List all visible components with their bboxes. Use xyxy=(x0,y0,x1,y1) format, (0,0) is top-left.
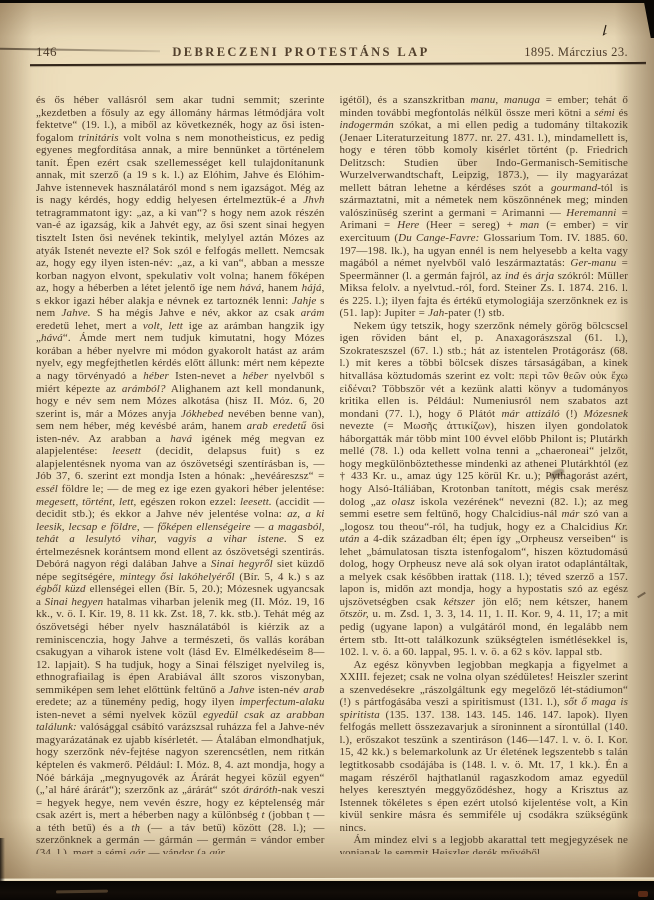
issue-date: 1895. Márczius 23. xyxy=(478,45,628,60)
paragraph: Nekem úgy tetszik, hogy szerzőnk némely … xyxy=(340,320,629,659)
paragraph: és ős héber vallásról sem akar tudni sem… xyxy=(36,94,325,854)
left-column: és ős héber vallásról sem akar tudni sem… xyxy=(36,94,325,854)
page-number: 146 xyxy=(36,44,124,60)
scan-black-band-top xyxy=(0,0,654,3)
page-header: 146 DEBRECZENI PROTESTÁNS LAP 1895. Márc… xyxy=(36,44,628,62)
right-column: igétől), és a szanszkritban manu, manuga… xyxy=(340,94,629,854)
text-columns: és ős héber vallásról sem akar tudni sem… xyxy=(36,94,628,854)
scan-speck xyxy=(638,891,648,897)
scan-speck xyxy=(56,890,108,894)
paragraph: Az egész könyvben legjobban megkapja a f… xyxy=(340,659,629,835)
journal-title: DEBRECZENI PROTESTÁNS LAP xyxy=(124,45,478,60)
scan-edge-shadow xyxy=(0,838,5,882)
scan-black-band-bottom xyxy=(0,881,654,900)
paragraph: igétől), és a szanszkritban manu, manuga… xyxy=(340,94,629,320)
paragraph: Ám mindez elvi s a legjobb akarattal tet… xyxy=(340,834,629,854)
scanned-journal-page: { "header": { "page_number": "146", "tit… xyxy=(0,0,654,900)
